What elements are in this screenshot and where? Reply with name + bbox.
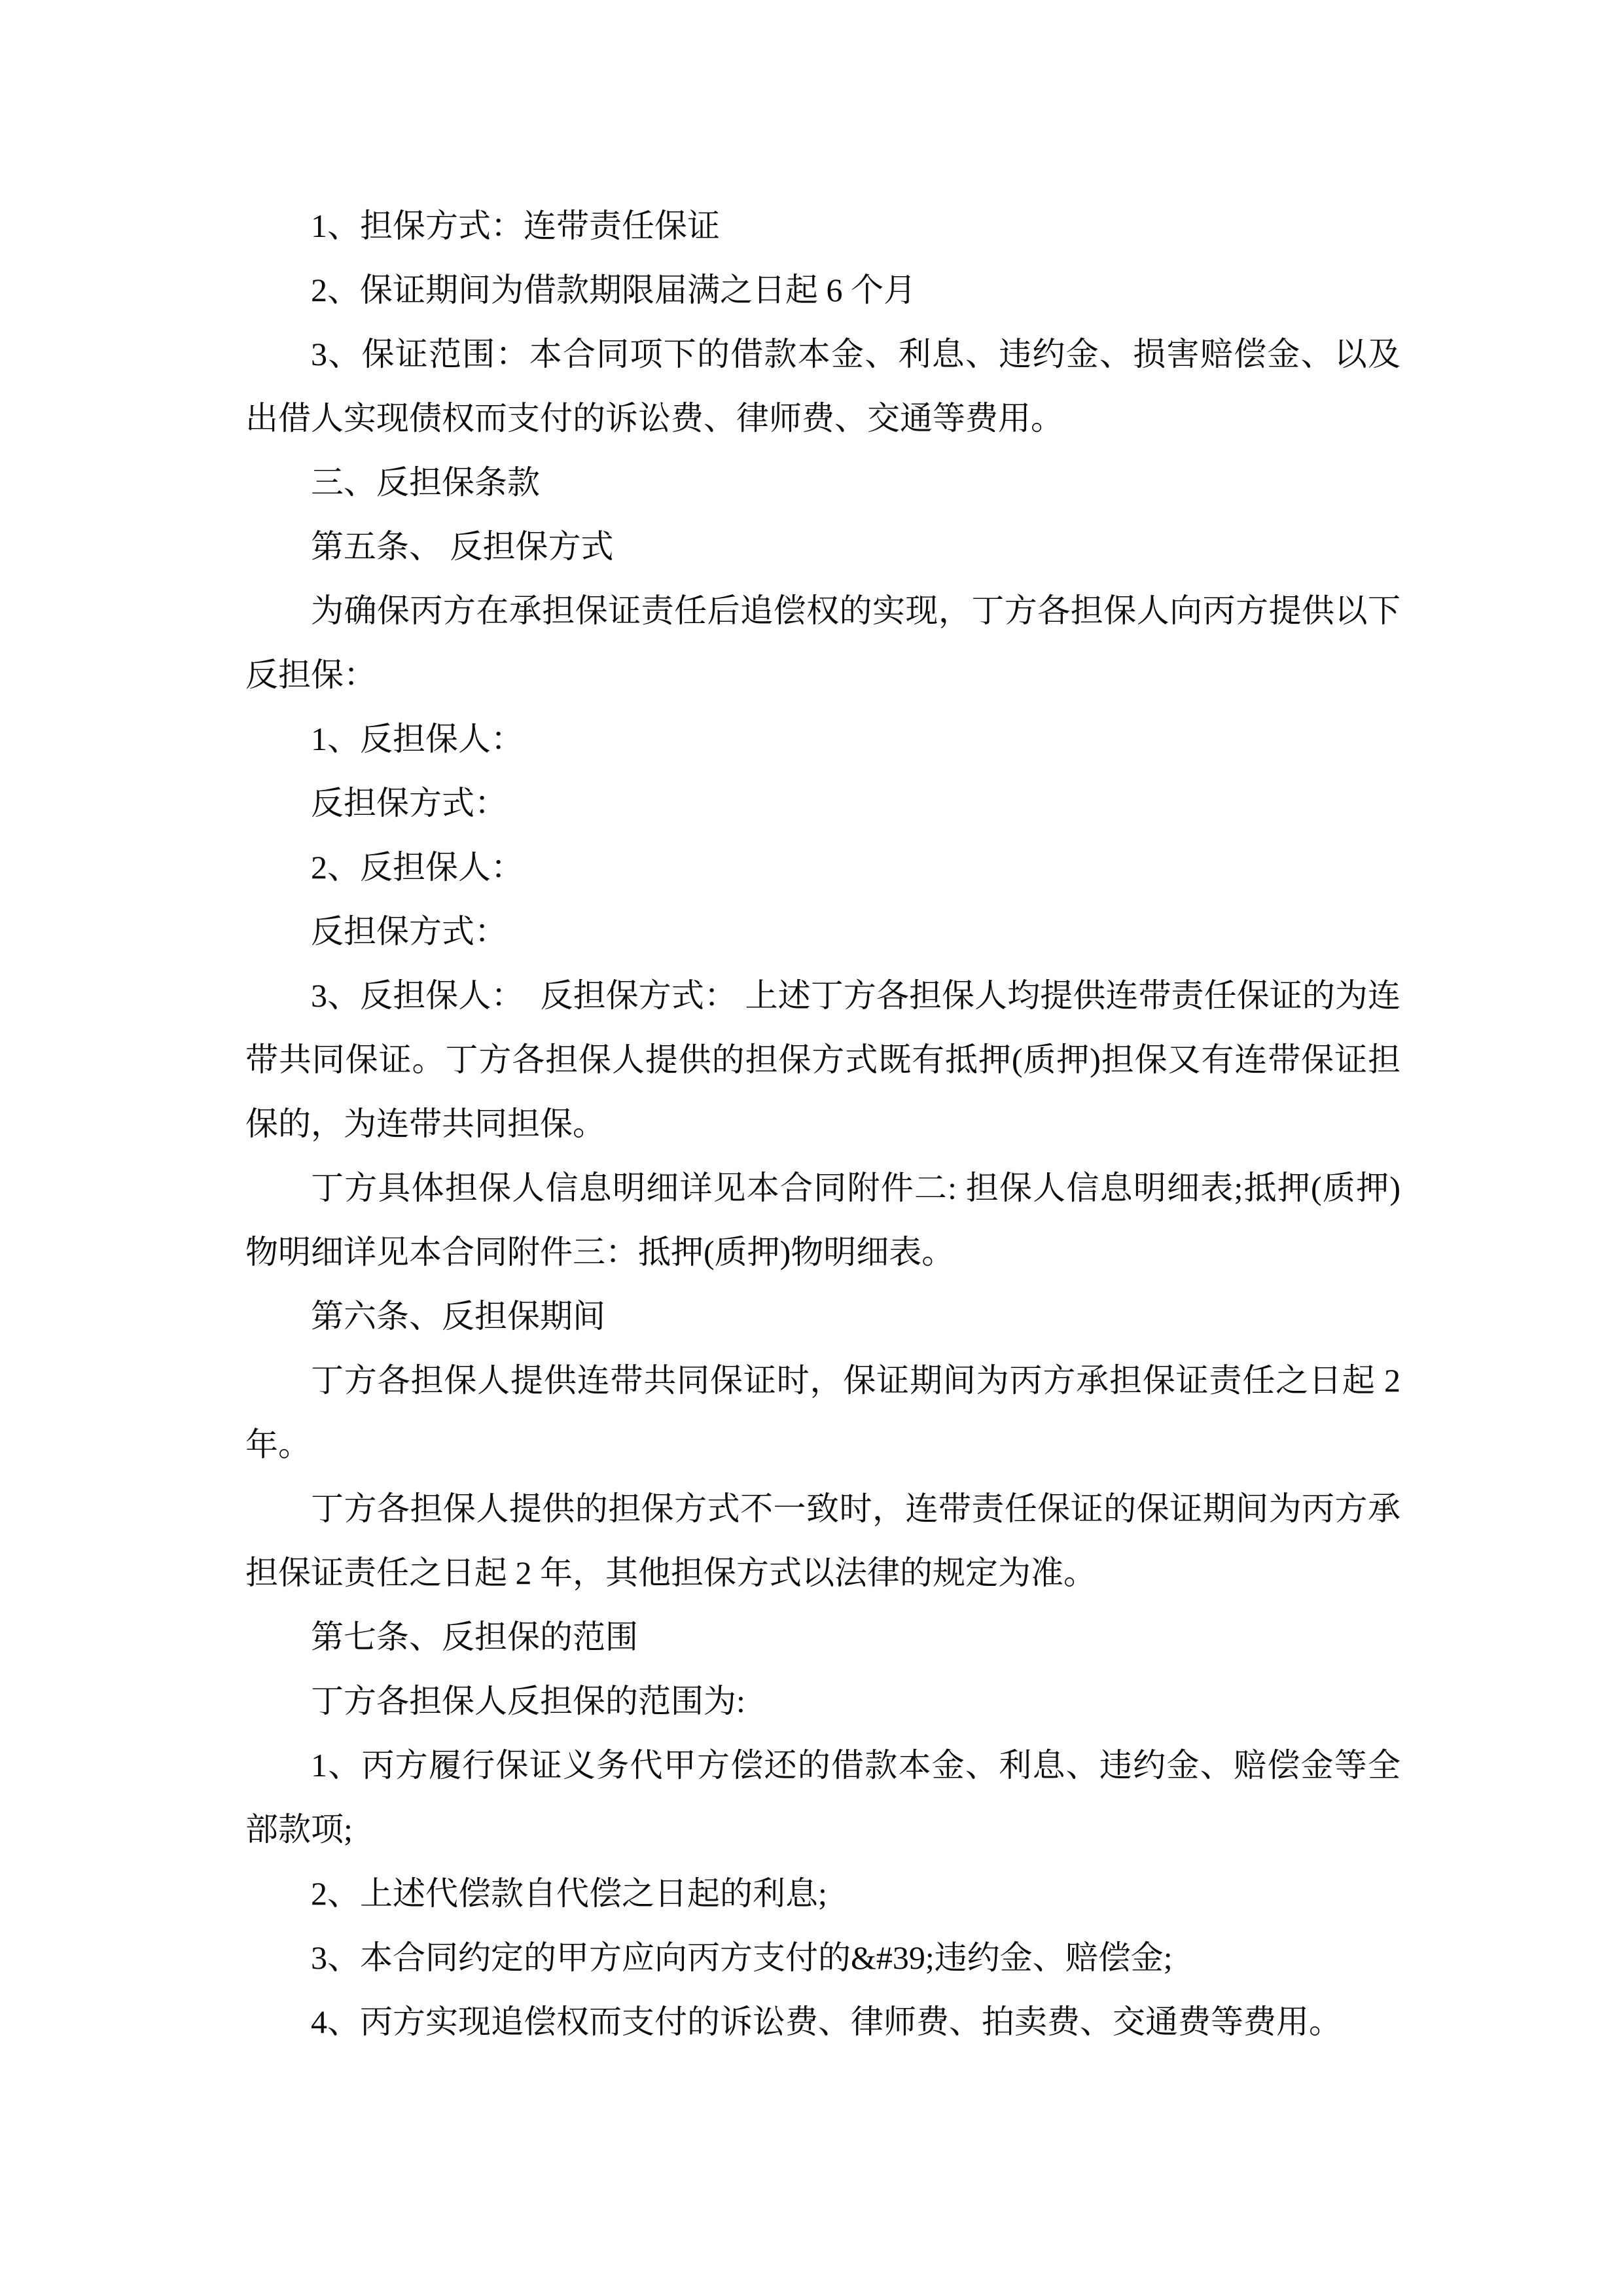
contract-paragraph: 丁方各担保人提供的担保方式不一致时，连带责任保证的保证期间为丙方承担保证责任之日… (245, 1477, 1400, 1605)
contract-paragraph: 4、丙方实现追偿权而支付的诉讼费、律师费、拍卖费、交通费等费用。 (245, 1990, 1400, 2054)
contract-paragraph: 3、保证范围：本合同项下的借款本金、利息、违约金、损害赔偿金、以及出借人实现债权… (245, 322, 1400, 450)
contract-paragraph: 1、担保方式：连带责任保证 (245, 194, 1400, 258)
contract-paragraph: 1、反担保人： (245, 707, 1400, 771)
contract-paragraph: 3、本合同约定的甲方应向丙方支付的&#39;违约金、赔偿金; (245, 1926, 1400, 1990)
contract-paragraph: 2、反担保人： (245, 835, 1400, 899)
contract-paragraph: 1、丙方履行保证义务代甲方偿还的借款本金、利息、违约金、赔偿金等全部款项; (245, 1733, 1400, 1861)
contract-body: 1、担保方式：连带责任保证 2、保证期间为借款期限届满之日起 6 个月 3、保证… (245, 194, 1400, 2054)
contract-paragraph: 丁方各担保人提供连带共同保证时，保证期间为丙方承担保证责任之日起 2 年。 (245, 1348, 1400, 1477)
contract-paragraph: 2、保证期间为借款期限届满之日起 6 个月 (245, 258, 1400, 322)
contract-article-heading: 第七条、反担保的范围 (245, 1605, 1400, 1669)
contract-paragraph: 反担保方式： (245, 899, 1400, 963)
contract-paragraph: 2、上述代偿款自代偿之日起的利息; (245, 1861, 1400, 1926)
contract-paragraph: 反担保方式： (245, 771, 1400, 835)
contract-paragraph: 为确保丙方在承担保证责任后追偿权的实现，丁方各担保人向丙方提供以下反担保： (245, 579, 1400, 707)
document-page: 1、担保方式：连带责任保证 2、保证期间为借款期限届满之日起 6 个月 3、保证… (0, 0, 1623, 2296)
contract-article-heading: 第六条、反担保期间 (245, 1284, 1400, 1348)
contract-section-heading: 三、反担保条款 (245, 450, 1400, 514)
contract-paragraph: 3、反担保人： 反担保方式： 上述丁方各担保人均提供连带责任保证的为连带共同保证… (245, 963, 1400, 1156)
contract-article-heading: 第五条、 反担保方式 (245, 514, 1400, 579)
contract-paragraph: 丁方各担保人反担保的范围为: (245, 1669, 1400, 1733)
contract-paragraph: 丁方具体担保人信息明细详见本合同附件二: 担保人信息明细表;抵押(质押)物明细详… (245, 1156, 1400, 1284)
